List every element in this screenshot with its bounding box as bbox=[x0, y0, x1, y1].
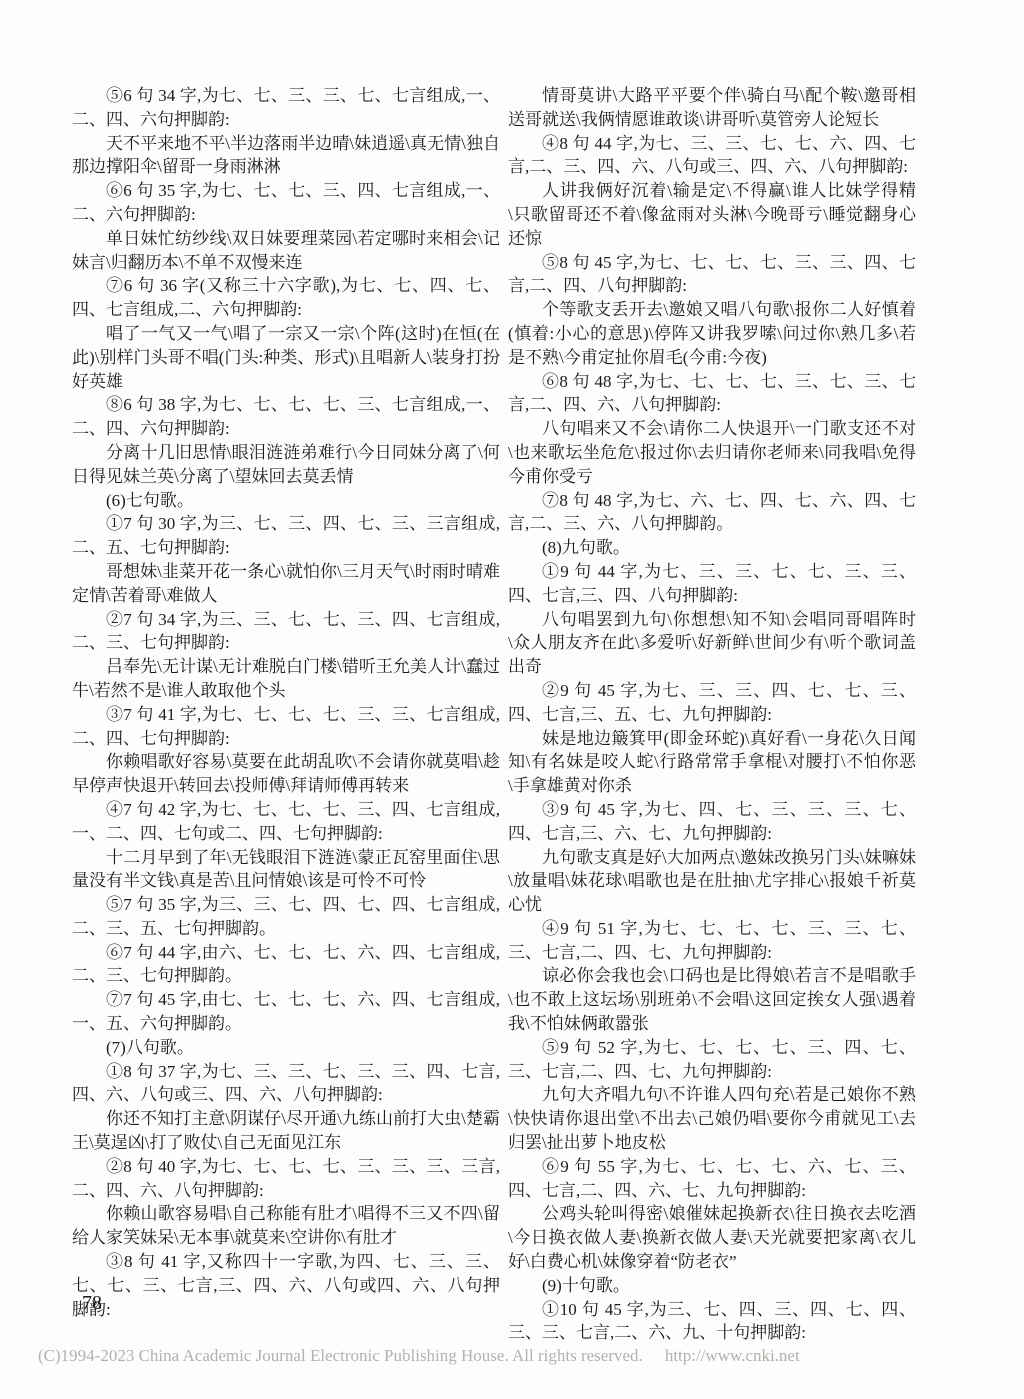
paragraph: ⑤9 句 52 字,为七、七、七、七、三、四、七、三、七言,二、四、七、九句押脚… bbox=[508, 1036, 916, 1084]
paragraph: ①9 句 44 字,为七、三、三、七、七、三、三、四、七言,三、四、八句押脚韵: bbox=[508, 560, 916, 608]
paragraph: ①7 句 30 字,为三、七、三、四、七、三、三言组成,二、五、七句押脚韵: bbox=[72, 512, 500, 560]
page-content: ⑤6 句 34 字,为七、七、三、三、七、七言组成,一、二、四、六句押脚韵:天不… bbox=[72, 84, 916, 1345]
paragraph: 十二月早到了年\无钱眼泪下涟涟\蒙正瓦窑里面住\思量没有半文钱\真是苦\且问情娘… bbox=[72, 846, 500, 894]
paragraph: ⑥8 句 48 字,为七、七、七、七、三、七、三、七言,二、四、六、八句押脚韵: bbox=[508, 370, 916, 418]
paragraph: (7)八句歌。 bbox=[72, 1036, 500, 1060]
paragraph: 你赖唱歌好容易\莫要在此胡乱吹\不会请你就莫唱\趁早停声快退开\转回去\投师傅\… bbox=[72, 750, 500, 798]
paragraph: 哥想妹\韭菜开花一条心\就怕你\三月天气\时雨时晴难定情\苦着哥\难做人 bbox=[72, 560, 500, 608]
paragraph: 单日妹忙纺纱线\双日妹要理菜园\若定哪时来相会\记妹言\归翻历本\不单不双慢来连 bbox=[72, 227, 500, 275]
paragraph: (6)七句歌。 bbox=[72, 489, 500, 513]
paragraph: ④9 句 51 字,为七、七、七、七、三、三、七、三、七言,二、四、七、九句押脚… bbox=[508, 917, 916, 965]
paragraph: 八句唱罢到九句\你想想\知不知\会唱同哥唱阵时\众人朋友齐在此\多爱听\好新鲜\… bbox=[508, 608, 916, 679]
paragraph: ②9 句 45 字,为七、三、三、四、七、七、三、四、七言,三、五、七、九句押脚… bbox=[508, 679, 916, 727]
paragraph: 九句歌支真是好\大加两点\邀妹改换另门头\妹嘛妹\放量唱\妹花球\唱歌也是在肚抽… bbox=[508, 846, 916, 917]
paragraph: ④8 句 44 字,为七、三、三、七、七、六、四、七言,二、三、四、六、八句或三… bbox=[508, 132, 916, 180]
paragraph: 个等歌支丢开去\邀娘又唱八句歌\报你二人好慎着(慎着:小心的意思)\停阵又讲我罗… bbox=[508, 298, 916, 369]
right-text-column: 情哥莫讲\大路平平要个伴\骑白马\配个鞍\邀哥相送哥就送\我俩情愿谁敢谈\讲哥听… bbox=[508, 84, 916, 1345]
page-number: 78 bbox=[82, 1292, 102, 1315]
paragraph: 分离十几旧思情\眼泪涟涟弟难行\今日同妹分离了\何日得见妹兰英\分离了\望妹回去… bbox=[72, 441, 500, 489]
paragraph: ⑦7 句 45 字,由七、七、七、七、六、四、七言组成,一、五、六句押脚韵。 bbox=[72, 988, 500, 1036]
paragraph: 八句唱来又不会\请你二人快退开\一门歌支还不对\也来歌坛坐危危\报过你\去归请你… bbox=[508, 417, 916, 488]
paragraph: ②7 句 34 字,为三、三、七、七、三、四、七言组成,二、三、七句押脚韵: bbox=[72, 608, 500, 656]
footer-copyright-bar: (C)1994-2023 China Academic Journal Elec… bbox=[38, 1346, 998, 1366]
paragraph: ①8 句 37 字,为七、三、三、七、三、三、四、七言,四、六、八句或三、四、六… bbox=[72, 1060, 500, 1108]
paragraph: 九句大齐唱九句\不许谁人四句充\若是己娘你不熟\快快请你退出堂\不出去\己娘仍唱… bbox=[508, 1083, 916, 1154]
paragraph: 唱了一气又一气\唱了一宗又一宗\个阵(这时)在恒(在此)\别样门头哥不唱(门头:… bbox=[72, 322, 500, 393]
left-text-column: ⑤6 句 34 字,为七、七、三、三、七、七言组成,一、二、四、六句押脚韵:天不… bbox=[72, 84, 500, 1345]
paragraph: ③8 句 41 字,又称四十一字歌,为四、七、三、三、七、七、三、七言,三、四、… bbox=[72, 1250, 500, 1321]
copyright-text: (C)1994-2023 China Academic Journal Elec… bbox=[38, 1346, 643, 1365]
paragraph: 天不平来地不平\半边落雨半边晴\妹逍遥\真无情\独自那边撑阳伞\留哥一身雨淋淋 bbox=[72, 132, 500, 180]
paragraph: 吕奉先\无计谋\无计难脱白门楼\错听王允美人计\蠢过牛\若然不是\谁人敢取他个头 bbox=[72, 655, 500, 703]
paragraph: (9)十句歌。 bbox=[508, 1274, 916, 1298]
paragraph: ②8 句 40 字,为七、七、七、七、三、三、三、三言,二、四、六、八句押脚韵: bbox=[72, 1155, 500, 1203]
paragraph: ③7 句 41 字,为七、七、七、七、三、三、七言组成,二、四、七句押脚韵: bbox=[72, 703, 500, 751]
scanned-document-page: ⑤6 句 34 字,为七、七、三、三、七、七言组成,一、二、四、六句押脚韵:天不… bbox=[0, 0, 1024, 1399]
paragraph: (8)九句歌。 bbox=[508, 536, 916, 560]
paragraph: ⑤6 句 34 字,为七、七、三、三、七、七言组成,一、二、四、六句押脚韵: bbox=[72, 84, 500, 132]
paragraph: 情哥莫讲\大路平平要个伴\骑白马\配个鞍\邀哥相送哥就送\我俩情愿谁敢谈\讲哥听… bbox=[508, 84, 916, 132]
footer-url: http://www.cnki.net bbox=[665, 1346, 800, 1365]
paragraph: ③9 句 45 字,为七、四、七、三、三、三、七、四、七言,三、六、七、九句押脚… bbox=[508, 798, 916, 846]
paragraph: ⑦8 句 48 字,为七、六、七、四、七、六、四、七言,二、三、六、八句押脚韵。 bbox=[508, 489, 916, 537]
paragraph: ⑦6 句 36 字(又称三十六字歌),为七、七、四、七、四、七言组成,二、六句押… bbox=[72, 274, 500, 322]
paragraph: ①10 句 45 字,为三、七、四、三、四、七、四、三、三、七言,二、六、九、十… bbox=[508, 1298, 916, 1346]
paragraph: ⑥9 句 55 字,为七、七、七、七、六、七、三、四、七言,二、四、六、七、九句… bbox=[508, 1155, 916, 1203]
paragraph: ⑤8 句 45 字,为七、七、七、七、三、三、四、七言,二、四、八句押脚韵: bbox=[508, 251, 916, 299]
paragraph: ④7 句 42 字,为七、七、七、七、三、四、七言组成,一、二、四、七句或二、四… bbox=[72, 798, 500, 846]
paragraph: 谅必你会我也会\口码也是比得娘\若言不是唱歌手\也不敢上这坛场\别班弟\不会唱\… bbox=[508, 964, 916, 1035]
paragraph: 你赖山歌容易唱\自己称能有肚才\唱得不三又不四\留给人家笑妹呆\无本事\就莫来\… bbox=[72, 1202, 500, 1250]
paragraph: 你还不知打主意\阴谋仔\尽开通\九练山前打大虫\楚霸王\莫逞凶\打了败仗\自己无… bbox=[72, 1107, 500, 1155]
paragraph: ⑥7 句 44 字,由六、七、七、七、六、四、七言组成,二、三、七句押脚韵。 bbox=[72, 941, 500, 989]
paragraph: 妹是地边簸箕甲(即金环蛇)\真好看\一身花\久日闻知\有名妹是咬人蛇\行路常常手… bbox=[508, 727, 916, 798]
paragraph: 公鸡头轮叫得密\娘催妹起换新衣\往日换衣去吃酒\今日换衣做人妻\换新衣做人妻\天… bbox=[508, 1202, 916, 1273]
paragraph: ⑥6 句 35 字,为七、七、七、三、四、七言组成,一、二、六句押脚韵: bbox=[72, 179, 500, 227]
paragraph: 人讲我俩好沉着\输是定\不得赢\谁人比妹学得精\只歌留哥还不着\像盆雨对头淋\今… bbox=[508, 179, 916, 250]
paragraph: ⑧6 句 38 字,为七、七、七、七、三、七言组成,一、二、四、六句押脚韵: bbox=[72, 393, 500, 441]
paragraph: ⑤7 句 35 字,为三、三、七、四、七、四、七言组成,二、三、五、七句押脚韵。 bbox=[72, 893, 500, 941]
